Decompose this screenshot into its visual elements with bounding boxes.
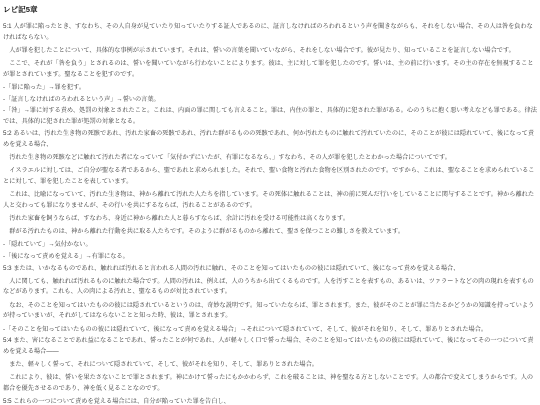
paragraph-bullet: -「証言しなければのろわれるという声」→誓いの言葉。 [3,95,537,106]
paragraph-bullet: -「そのことを知ってはいたものの彼には隠れていて、後になって責めを覚える場合」→… [3,325,537,336]
paragraph-commentary: 汚れた家畜を飼うならば、すなわち、身近に神から離れた人と暮らすならば、余計に汚れ… [3,214,537,225]
paragraph-bullet: -「罪に陥った」→罪を犯す。 [3,83,537,94]
paragraph-verse: 5:2 あるいは、汚れた生き物の死骸であれ、汚れた家畜の死骸であれ、汚れた群がる… [3,129,537,150]
paragraph-commentary: 汚れた生き物の死骸などに触れて汚れた者になっていて「気付かずにいたが、有罪になる… [3,153,537,164]
paragraph-verse: 5:3 または、いかなるものであれ、触れれば汚れると言われる人間の汚れに触れ、そ… [3,264,537,275]
paragraph-commentary: これは、比喩になっていて、汚れた生き物は、神から離れて汚れた人たちを指しています… [3,190,537,211]
paragraph-verse: 5:4 また、害になることであれ益になることであれ、誓ったことが何であれ、人が軽… [3,336,537,357]
paragraph-commentary: ここで、それが「咎を負う」とされるのは、誓いを聞いていながら行わないことによりま… [3,59,537,80]
paragraph-verse: 5:5 これらの一つについて責めを覚える場合には、自分が陥っていた罪を告白し、 [3,397,537,405]
document-paragraphs: 5:1 人が罪に陥ったとき、すなわち、その人自身が見ていたり知っていたりする証人… [3,22,537,405]
paragraph-commentary: また、軽々しく誓って、それについて隠されていて、そして、彼がそれを知り、そして、… [3,360,537,371]
paragraph-commentary: これにより、彼は、誓いを果たさないことで罪とされます。神にかけて誓ったにもかかわ… [3,373,537,394]
paragraph-commentary: 群がる汚れたものは、神から離れた行動を共に取る人たちです。そのように群がるものか… [3,227,537,238]
paragraph-bullet: -「隠れていて」→気付かない。 [3,240,537,251]
paragraph-bullet: -「後になって責めを覚える」→有罪になる。 [3,252,537,263]
paragraph-commentary: イスラエルに対しては、ご自分が聖なる者であるから、聖であれと求められました。それ… [3,166,537,187]
paragraph-commentary: 人が罪を犯したことについて、具体的な事例が示されています。それは、誓いの言葉を聞… [3,46,537,57]
paragraph-verse: 5:1 人が罪に陥ったとき、すなわち、その人自身が見ていたり知っていたりする証人… [3,22,537,43]
document-page: レビ記5章 5:1 人が罪に陥ったとき、すなわち、その人自身が見ていたり知ってい… [0,0,540,405]
paragraph-commentary: 人に関しても、触れれば汚れるものに触れた場合です。人間の汚れは、例えば、人のうち… [3,277,537,298]
paragraph-commentary: なお、そのことを知ってはいたものの彼には隠されているというのは、奇妙な説明です。… [3,301,537,322]
page-title: レビ記5章 [3,5,537,14]
paragraph-bullet: -「咎」→罪に対する責め、処罰の対象とされたこと。これは、内面の罪に関しても言え… [3,106,537,127]
